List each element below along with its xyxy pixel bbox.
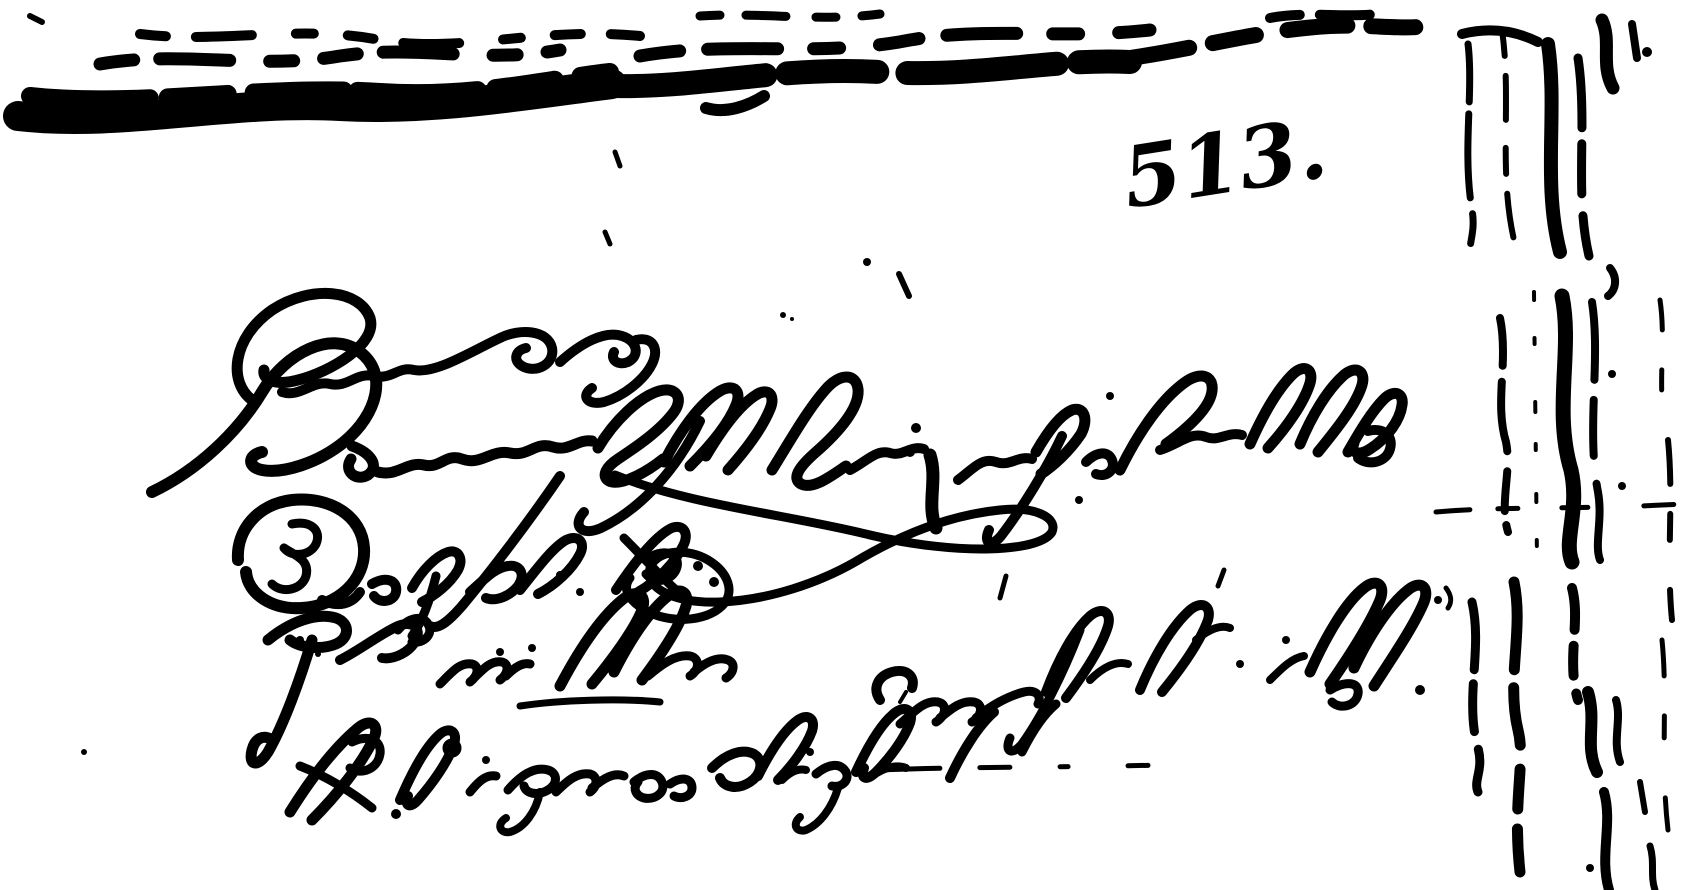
colon-dot — [905, 447, 915, 457]
streak — [1468, 44, 1473, 252]
folio-number: 513. — [1116, 98, 1334, 228]
streak — [1514, 582, 1521, 872]
stray-dot — [1106, 392, 1114, 400]
streak-dot — [1618, 482, 1626, 490]
streak — [1662, 640, 1668, 830]
cursive-stroke — [712, 752, 760, 787]
streak — [1660, 300, 1664, 420]
streak — [1616, 700, 1620, 762]
cursive-stroke — [1120, 376, 1212, 470]
streak — [1668, 440, 1672, 620]
page-number-text: 513. — [1116, 98, 1334, 228]
cursive-stroke — [272, 523, 318, 589]
handwriting-line-3 — [238, 476, 719, 657]
stray-dot — [1434, 596, 1442, 604]
streak-dot — [1608, 370, 1616, 378]
stray-dot — [81, 749, 87, 755]
cursive-stroke — [634, 775, 663, 799]
i-dot — [806, 748, 814, 756]
stray-ink-marks — [81, 232, 909, 755]
streak — [1578, 58, 1589, 256]
apostrophe-mark — [1446, 588, 1451, 608]
smudge-stroke — [706, 96, 764, 110]
streak — [1534, 292, 1537, 560]
cursive-stroke — [1330, 684, 1358, 707]
cursive-stroke — [1090, 663, 1128, 680]
period-dot — [1415, 685, 1425, 695]
i-dot — [528, 644, 536, 652]
i-dot — [1282, 636, 1290, 644]
period-dot — [1236, 660, 1244, 668]
period-dot — [391, 809, 401, 819]
streak — [1640, 782, 1645, 812]
stray-dot — [576, 588, 584, 596]
stray-dot — [1075, 496, 1083, 504]
stray-dot — [790, 317, 794, 321]
streak — [1632, 24, 1637, 58]
streak — [1562, 296, 1574, 562]
stray-dot — [556, 571, 564, 579]
stray-slash — [899, 274, 909, 296]
cursive-stroke — [560, 335, 636, 364]
cursive-stroke — [349, 446, 374, 477]
cursive-stroke — [372, 580, 396, 601]
smudge-stroke — [100, 50, 560, 64]
manuscript-page: 513. — [0, 0, 1682, 890]
colon-dot — [911, 423, 921, 433]
streak — [1650, 846, 1655, 890]
streak-dot — [1642, 47, 1652, 57]
smudge-fleck — [30, 16, 42, 22]
cursive-stroke — [470, 776, 496, 792]
cursive-stroke — [1270, 656, 1304, 680]
cursive-stroke — [500, 792, 540, 832]
smudge-stroke — [700, 14, 880, 17]
smudge-fleck — [615, 152, 620, 166]
streak — [1500, 318, 1508, 532]
binding-edge-streaks — [1436, 20, 1682, 890]
apostrophe-mark — [1000, 576, 1006, 598]
streak — [1588, 692, 1597, 772]
streak — [1592, 302, 1600, 560]
streak — [1608, 268, 1615, 296]
cursive-stroke — [508, 769, 556, 793]
cursive-stroke — [816, 765, 847, 786]
cursive-stroke — [1140, 605, 1209, 692]
streak — [1502, 30, 1514, 240]
cursive-stroke — [876, 671, 912, 700]
streak — [1602, 20, 1613, 88]
cursive-stroke — [706, 392, 772, 470]
i-dot — [482, 756, 490, 764]
cursive-stroke — [1086, 453, 1113, 475]
fading-trail-stroke — [880, 764, 1190, 770]
stray-dot — [863, 258, 871, 266]
streak-dot — [1586, 864, 1594, 872]
fold-crease-dashes — [1436, 504, 1682, 512]
ink-blotch — [930, 455, 936, 528]
smudge-stroke — [140, 34, 640, 44]
smudge-stroke — [1270, 12, 1390, 18]
streak — [1548, 44, 1560, 252]
streak — [1472, 602, 1480, 792]
colon-dot — [693, 561, 703, 571]
cursive-stroke — [520, 538, 582, 594]
streak — [1572, 588, 1578, 700]
colon-dot — [709, 577, 719, 587]
apostrophe-mark — [605, 232, 610, 244]
smudge-stroke — [1130, 26, 1428, 58]
smudge-stroke — [616, 61, 1130, 86]
i-dot — [496, 648, 504, 656]
cursive-stroke — [796, 788, 838, 831]
handwriting-line-5 — [290, 680, 1190, 832]
stray-dot — [780, 312, 786, 318]
streak — [1604, 792, 1609, 890]
cursive-stroke — [520, 700, 660, 706]
apostrophe-mark — [900, 692, 906, 702]
cursive-stroke — [670, 779, 692, 798]
cursive-stroke — [378, 441, 592, 473]
manuscript-scan: 513. — [0, 0, 1682, 890]
cursive-stroke — [958, 458, 1032, 480]
apostrophe-mark — [1218, 570, 1224, 586]
cursive-stroke — [251, 640, 312, 763]
